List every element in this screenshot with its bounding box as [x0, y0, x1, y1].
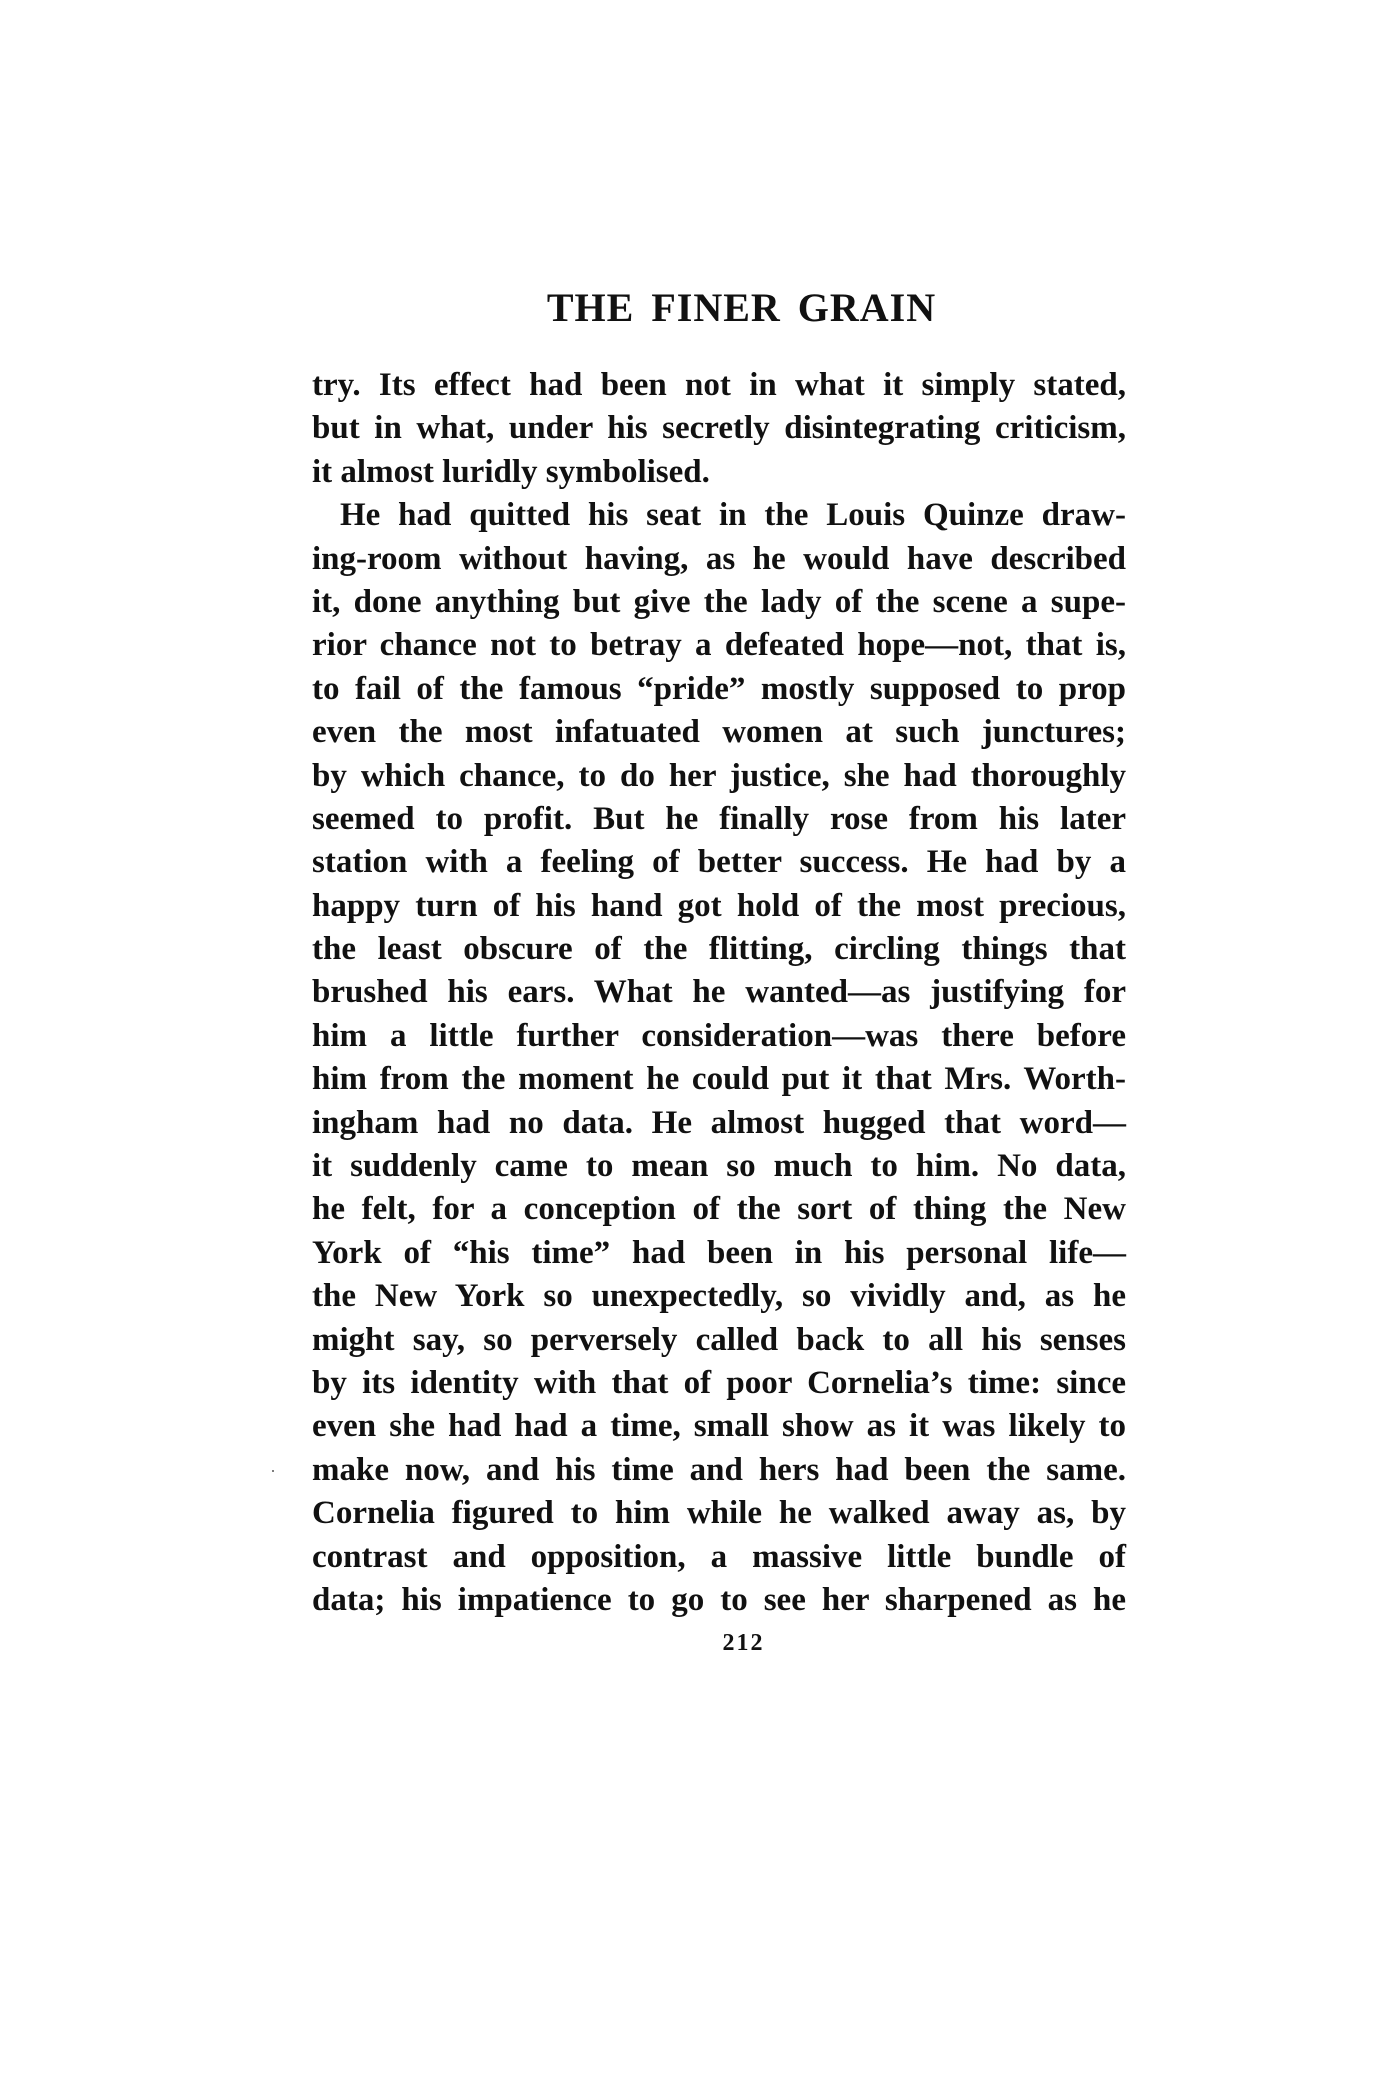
text-line: Cornelia figured to him while he walked … — [312, 1492, 1126, 1535]
text-line: He had quitted his seat in the Louis Qui… — [312, 494, 1126, 537]
text-line: even the most infatuated women at such j… — [312, 711, 1126, 754]
scan-speck — [272, 1470, 274, 1472]
text-line: to fail of the famous “pride” mostly sup… — [312, 668, 1126, 711]
text-line: he felt, for a conception of the sort of… — [312, 1188, 1126, 1231]
text-line: it almost luridly symbolised. — [312, 451, 1126, 494]
running-head: THE FINER GRAIN — [50, 284, 1383, 332]
text-line: ingham had no data. He almost hugged tha… — [312, 1102, 1126, 1145]
text-line: him a little further consideration—was t… — [312, 1015, 1126, 1058]
text-line: York of “his time” had been in his perso… — [312, 1232, 1126, 1275]
text-line: contrast and opposition, a massive littl… — [312, 1536, 1126, 1579]
text-line: the New York so unexpectedly, so vividly… — [312, 1275, 1126, 1318]
text-line: make now, and his time and hers had been… — [312, 1449, 1126, 1492]
text-line: by which chance, to do her justice, she … — [312, 755, 1126, 798]
text-line: him from the moment he could put it that… — [312, 1058, 1126, 1101]
text-line: by its identity with that of poor Cornel… — [312, 1362, 1126, 1405]
text-line: brushed his ears. What he wanted—as just… — [312, 971, 1126, 1014]
text-line: but in what, under his secretly disinteg… — [312, 407, 1126, 450]
text-line: station with a feeling of better success… — [312, 841, 1126, 884]
text-line: might say, so perversely called back to … — [312, 1319, 1126, 1362]
text-line: rior chance not to betray a defeated hop… — [312, 624, 1126, 667]
paragraph-1: try. Its effect had been not in what it … — [312, 364, 1126, 494]
paragraph-2: He had quitted his seat in the Louis Qui… — [312, 494, 1126, 1622]
text-line: it suddenly came to mean so much to him.… — [312, 1145, 1126, 1188]
page-number: 212 — [52, 1628, 1383, 1658]
body-text: try. Its effect had been not in what it … — [312, 364, 1126, 1622]
text-line: happy turn of his hand got hold of the m… — [312, 885, 1126, 928]
text-line: even she had had a time, small show as i… — [312, 1405, 1126, 1448]
text-line: try. Its effect had been not in what it … — [312, 364, 1126, 407]
text-line: data; his impatience to go to see her sh… — [312, 1579, 1126, 1622]
text-line: seemed to profit. But he finally rose fr… — [312, 798, 1126, 841]
text-line: ing-room without having, as he would hav… — [312, 538, 1126, 581]
text-line: it, done anything but give the lady of t… — [312, 581, 1126, 624]
book-page: THE FINER GRAIN try. Its effect had been… — [0, 0, 1383, 2080]
text-line: the least obscure of the flitting, circl… — [312, 928, 1126, 971]
